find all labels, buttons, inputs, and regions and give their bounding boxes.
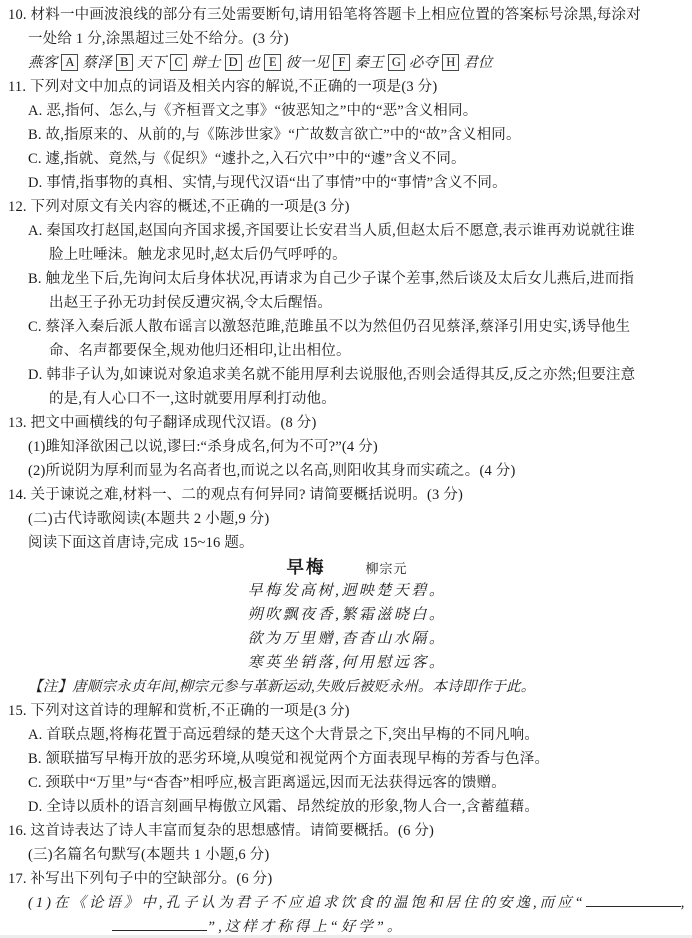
text-run: 秦王 — [354, 55, 383, 71]
q15-option-b: B. 颔联描写早梅开放的恶劣环境,从嗅觉和视觉两个方面表现早梅的芳香与色泽。 — [28, 747, 686, 771]
text-run: 辩士 — [191, 55, 220, 71]
text-run: 也 — [246, 55, 261, 71]
fill-in-blank-line — [586, 892, 681, 907]
q12-option-a-line-2: 脸上吐唾沫。触龙求见时,赵太后仍气呼呼的。 — [49, 243, 686, 267]
q15-option-d: D. 全诗以质朴的语言刻画早梅傲立风霜、昂然绽放的形象,物人合一,含蓄蕴藉。 — [28, 795, 686, 819]
text-run: 燕客 — [28, 55, 57, 71]
exam-text-block: 10. 材料一中画波浪线的部分有三处需要断句,请用铅笔将答题卡上相应位置的答案标… — [8, 3, 686, 938]
answer-marker-box: H — [442, 54, 459, 71]
q15-option-c: C. 颈联中“万里”与“杳杳”相呼应,极言距离遥远,因而无法获得远客的馈赠。 — [28, 771, 686, 795]
q16-stem: 16. 这首诗表达了诗人丰富而复杂的思想感情。请简要概括。(6 分) — [8, 819, 686, 843]
q15-option-a: A. 首联点题,将梅花置于高远碧绿的楚天这个大背景之下,突出早梅的不同凡响。 — [28, 723, 686, 747]
q13-stem: 13. 把文中画横线的句子翻译成现代汉语。(8 分) — [8, 411, 686, 435]
text-run: 必夺 — [409, 55, 438, 71]
poem-title-line: 早梅柳宗元 — [8, 555, 686, 579]
text-run: 天下 — [137, 55, 166, 71]
text-run: 君位 — [463, 55, 492, 71]
poem-note: 【注】唐顺宗永贞年间,柳宗元参与革新运动,失败后被贬永州。本诗即作于此。 — [28, 675, 686, 699]
q11-stem: 11. 下列对文中加点的词语及相关内容的解说,不正确的一项是(3 分) — [8, 75, 686, 99]
q10-line-1: 10. 材料一中画波浪线的部分有三处需要断句,请用铅笔将答题卡上相应位置的答案标… — [8, 3, 686, 27]
text-run: 彼一见 — [285, 55, 329, 71]
q12-option-b-line-2: 出赵王子孙无功封侯反遭灾祸,令太后醒悟。 — [49, 291, 686, 315]
q14-stem: 14. 关于谏说之难,材料一、二的观点有何异同? 请简要概括说明。(3 分) — [8, 483, 686, 507]
q10-line-2: 一处给 1 分,涂黑超过三处不给分。(3 分) — [28, 27, 686, 51]
poem-title: 早梅 — [286, 557, 325, 577]
q12-option-a-line-1: A. 秦国攻打赵国,赵国向齐国求援,齐国要让长安君当人质,但赵太后不愿意,表示谁… — [28, 219, 686, 243]
q12-stem: 12. 下列对原文有关内容的概述,不正确的一项是(3 分) — [8, 195, 686, 219]
q13-item-1: (1)雎知泽欲困己以说,谬曰:“杀身成名,何为不可?”(4 分) — [28, 435, 686, 459]
poem-author: 柳宗元 — [365, 561, 407, 576]
q17-prompt-part-1: (1)在《论语》中,孔子认为君子不应追求饮食的温饱和居住的安逸,而应“ — [28, 895, 586, 911]
poem-line-3: 欲为万里赠,杳杳山水隔。 — [8, 627, 686, 651]
q12-option-b-line-1: B. 触龙坐下后,先询问太后身体状况,再请求为自己少子谋个差事,然后谈及太后女儿… — [28, 267, 686, 291]
answer-marker-box: D — [225, 54, 242, 71]
answer-marker-box: F — [333, 54, 350, 71]
q17-stem: 17. 补写出下列句子中的空缺部分。(6 分) — [8, 867, 686, 891]
poem-line-1: 早梅发高树,迥映楚天碧。 — [8, 579, 686, 603]
answer-marker-box: E — [264, 54, 281, 71]
answer-marker-box: C — [170, 54, 187, 71]
q17-item-1-line-1: (1)在《论语》中,孔子认为君子不应追求饮食的温饱和居住的安逸,而应“, — [28, 891, 686, 915]
q12-option-d-line-1: D. 韩非子认为,如谏说对象追求美名就不能用厚利去说服他,否则会适得其反,反之亦… — [28, 363, 686, 387]
q13-item-2: (2)所说阴为厚利而显为名高者也,而说之以名高,则阳收其身而实疏之。(4 分) — [28, 459, 686, 483]
q10-sentence-markers: 燕客A蔡泽B天下C辩士D也E彼一见F秦王G必夺H君位 — [28, 51, 686, 75]
answer-marker-box: G — [388, 54, 405, 71]
poem-line-4: 寒英坐销落,何用慰远客。 — [8, 651, 686, 675]
section-2-heading: (二)古代诗歌阅读(本题共 2 小题,9 分) — [28, 507, 686, 531]
fill-in-blank-line — [112, 916, 207, 931]
q17-comma: , — [681, 895, 688, 911]
q12-option-c-line-1: C. 蔡泽入秦后派人散布谣言以激怒范雎,范雎虽不以为然但仍召见蔡泽,蔡泽引用史实… — [28, 315, 686, 339]
q12-option-c-line-2: 命、名声都要保全,规劝他归还相印,让出相位。 — [49, 339, 686, 363]
poem-line-2: 朔吹飘夜香,繁霜滋晓白。 — [8, 603, 686, 627]
answer-marker-box: B — [116, 54, 133, 71]
q17-prompt-part-2: ”,这样才称得上“好学”。 — [207, 919, 404, 935]
q12-option-d-line-2: 的是,有人心口不一,这时就要用厚利打动他。 — [49, 387, 686, 411]
text-run: 蔡泽 — [82, 55, 111, 71]
exam-page: 10. 材料一中画波浪线的部分有三处需要断句,请用铅笔将答题卡上相应位置的答案标… — [0, 0, 692, 938]
q11-option-d: D. 事情,指事物的真相、实情,与现代汉语“出了事情”中的“事情”含义不同。 — [28, 171, 686, 195]
answer-marker-box: A — [61, 54, 78, 71]
q15-stem: 15. 下列对这首诗的理解和赏析,不正确的一项是(3 分) — [8, 699, 686, 723]
section-3-heading: (三)名篇名句默写(本题共 1 小题,6 分) — [28, 843, 686, 867]
q11-option-c: C. 遽,指就、竟然,与《促织》“遽扑之,入石穴中”中的“遽”含义不同。 — [28, 147, 686, 171]
q11-option-b: B. 故,指原来的、从前的,与《陈涉世家》“广故数言欲亡”中的“故”含义相同。 — [28, 123, 686, 147]
poem-instruction: 阅读下面这首唐诗,完成 15~16 题。 — [28, 531, 686, 555]
q11-option-a: A. 恶,指何、怎么,与《齐桓晋文之事》“彼恶知之”中的“恶”含义相同。 — [28, 99, 686, 123]
